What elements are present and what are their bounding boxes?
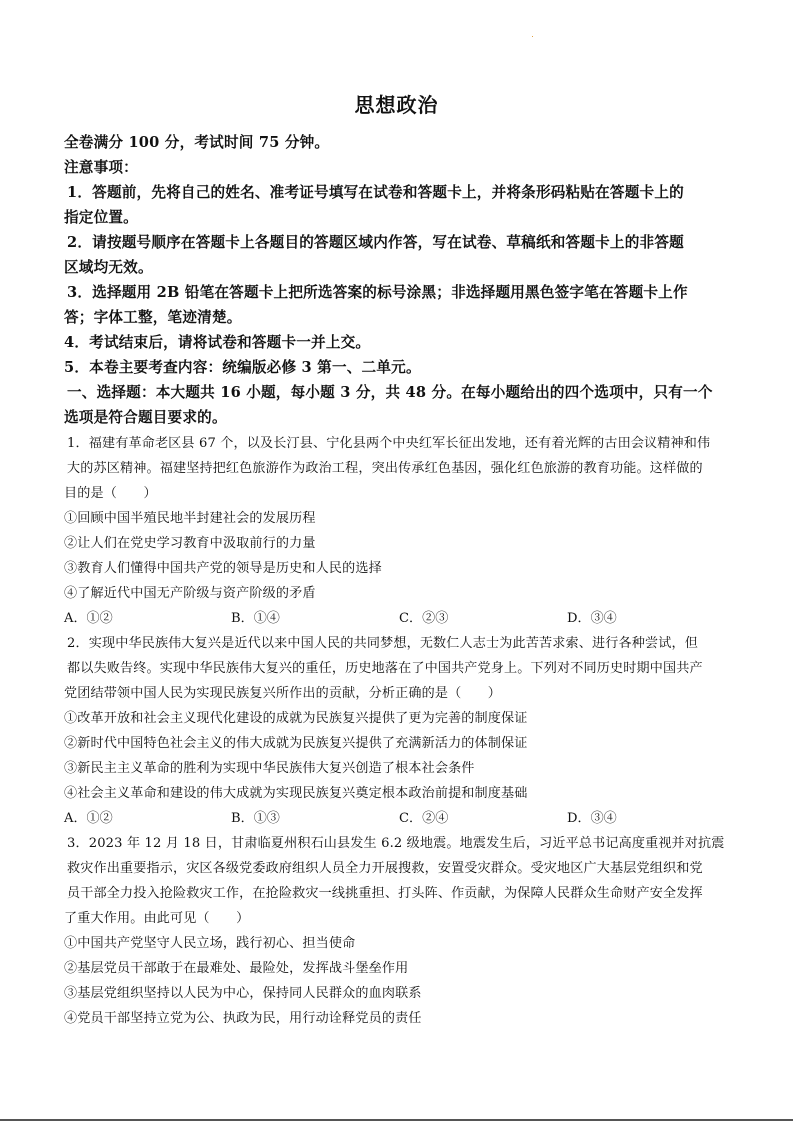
q1-statement-1: ①回顾中国半殖民地半封建社会的发展历程: [64, 507, 734, 526]
section-heading-line-2: 选项是符合题目要求的。: [64, 406, 734, 427]
note-1-line-2: 指定位置。: [64, 206, 734, 227]
note-4: 4．考试结束后，请将试卷和答题卡一并上交。: [64, 331, 734, 352]
q1-option-c[interactable]: C．②③: [399, 607, 448, 626]
note-3-line-1: 3．选择题用 2B 铅笔在答题卡上把所选答案的标号涂黑；非选择题用黑色签字笔在答…: [67, 281, 737, 302]
q2-option-a[interactable]: A．①②: [64, 807, 113, 826]
exam-page: 思想政治 全卷满分 100 分，考试时间 75 分钟。 注意事项： 1．答题前，…: [0, 0, 793, 1122]
q2-option-b[interactable]: B．①③: [231, 807, 280, 826]
q3-stem-line-2: 救灾作出重要指示，灾区各级党委政府组织人员全力开展搜救，安置受灾群众。受灾地区广…: [67, 857, 737, 876]
q2-stem-line-2: 都以失败告终。实现中华民族伟大复兴的重任，历史地落在了中国共产党身上。下列对不同…: [67, 657, 737, 676]
q2-statement-1: ①改革开放和社会主义现代化建设的成就为民族复兴提供了更为完善的制度保证: [64, 707, 734, 726]
q2-stem-line-1: 2．实现中华民族伟大复兴是近代以来中国人民的共同梦想，无数仁人志士为此苦苦求索、…: [67, 632, 737, 651]
q3-statement-2: ②基层党员干部敢于在最难处、最险处，发挥战斗堡垒作用: [64, 957, 734, 976]
page-bottom-rule: [0, 1119, 793, 1121]
q3-stem-line-4: 了重大作用。由此可见（ ）: [64, 907, 734, 926]
q2-statement-3: ③新民主主义革命的胜利为实现中华民族伟大复兴创造了根本社会条件: [64, 757, 734, 776]
q1-stem-line-3: 目的是（ ）: [64, 482, 734, 501]
q2-statement-2: ②新时代中国特色社会主义的伟大成就为民族复兴提供了充满新活力的体制保证: [64, 732, 734, 751]
q2-stem-line-3: 党团结带领中国人民为实现民族复兴所作出的贡献，分析正确的是（ ）: [64, 682, 734, 701]
q1-option-a[interactable]: A．①②: [64, 607, 113, 626]
q1-option-b[interactable]: B．①④: [231, 607, 280, 626]
q1-statement-4: ④了解近代中国无产阶级与资产阶级的矛盾: [64, 582, 734, 601]
note-2-line-2: 区域均无效。: [64, 256, 734, 277]
q1-stem-line-2: 大的苏区精神。福建坚持把红色旅游作为政治工程，突出传承红色基因，强化红色旅游的教…: [67, 457, 737, 476]
q3-statement-4: ④党员干部坚持立党为公、执政为民，用行动诠释党员的责任: [64, 1007, 734, 1026]
q3-statement-3: ③基层党组织坚持以人民为中心，保持同人民群众的血肉联系: [64, 982, 734, 1001]
score-time-line: 全卷满分 100 分，考试时间 75 分钟。: [64, 131, 734, 152]
q2-option-c[interactable]: C．②④: [399, 807, 448, 826]
q1-option-d[interactable]: D．③④: [567, 607, 617, 626]
q1-statement-3: ③教育人们懂得中国共产党的领导是历史和人民的选择: [64, 557, 734, 576]
q1-stem-line-1: 1．福建有革命老区县 67 个，以及长汀县、宁化县两个中央红军长征出发地，还有着…: [67, 432, 737, 451]
section-heading-line-1: 一、选择题：本大题共 16 小题，每小题 3 分，共 48 分。在每小题给出的四…: [67, 381, 737, 402]
page-title: 思想政治: [0, 89, 793, 118]
note-5: 5．本卷主要考查内容：统编版必修 3 第一、二单元。: [64, 356, 734, 377]
note-1-line-1: 1．答题前，先将自己的姓名、准考证号填写在试卷和答题卡上，并将条形码粘贴在答题卡…: [67, 181, 737, 202]
q3-stem-line-3: 员干部全力投入抢险救灾工作，在抢险救灾一线挑重担、打头阵、作贡献，为保障人民群众…: [67, 882, 737, 901]
note-2-line-1: 2．请按题号顺序在答题卡上各题目的答题区域内作答，写在试卷、草稿纸和答题卡上的非…: [67, 231, 737, 252]
q3-stem-line-1: 3．2023 年 12 月 18 日，甘肃临夏州积石山县发生 6.2 级地震。地…: [67, 832, 737, 851]
q2-statement-4: ④社会主义革命和建设的伟大成就为实现民族复兴奠定根本政治前提和制度基础: [64, 782, 734, 801]
q3-statement-1: ①中国共产党坚守人民立场，践行初心、担当使命: [64, 932, 734, 951]
notes-heading: 注意事项：: [64, 156, 734, 177]
q2-option-d[interactable]: D．③④: [567, 807, 617, 826]
q1-statement-2: ②让人们在党史学习教育中汲取前行的力量: [64, 532, 734, 551]
note-3-line-2: 答；字体工整，笔迹清楚。: [64, 306, 734, 327]
scan-speck: [532, 36, 533, 37]
